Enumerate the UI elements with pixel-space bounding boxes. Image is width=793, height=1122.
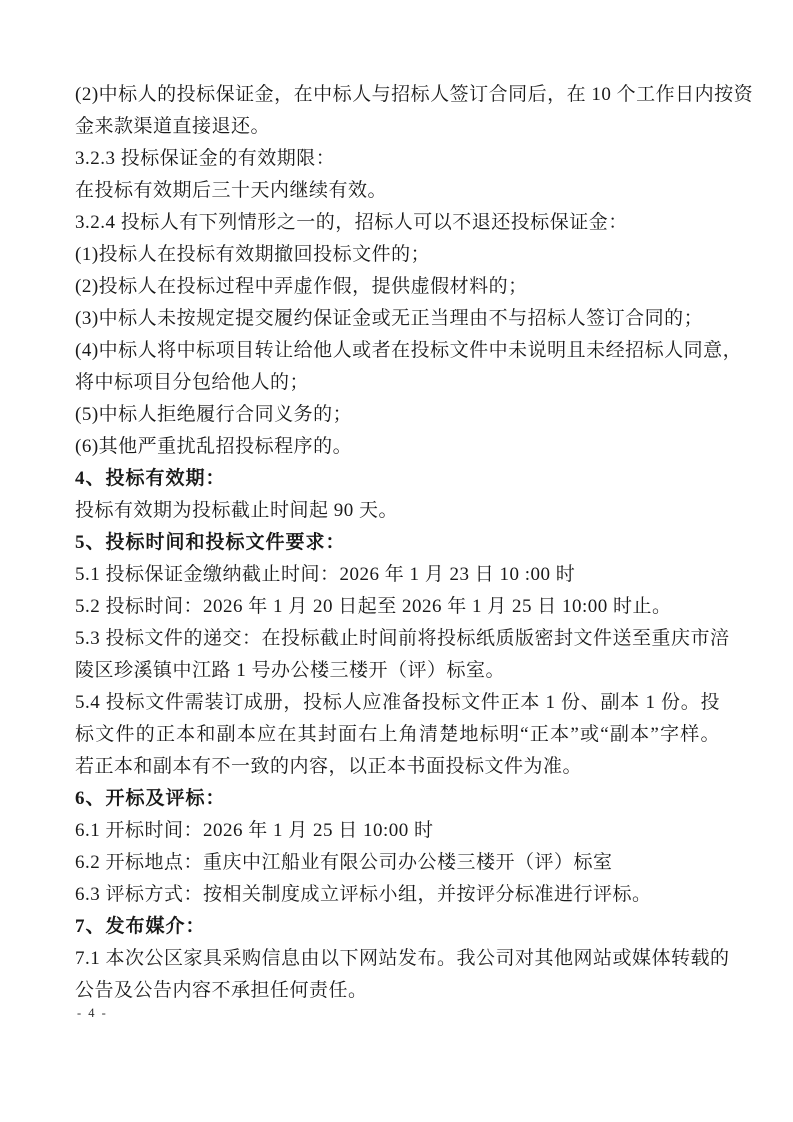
doc-line: (3)中标人未按规定提交履约保证金或无正当理由不与招标人签订合同的； xyxy=(75,303,720,335)
document-body: (2)中标人的投标保证金，在中标人与招标人签订合同后，在 10 个工作日内按资 … xyxy=(75,79,720,1007)
doc-line: 将中标项目分包给他人的； xyxy=(75,367,720,399)
doc-line: (2)中标人的投标保证金，在中标人与招标人签订合同后，在 10 个工作日内按资 xyxy=(75,79,720,111)
doc-line: 公告及公告内容不承担任何责任。 xyxy=(75,975,720,1007)
doc-line: (5)中标人拒绝履行合同义务的； xyxy=(75,399,720,431)
section-heading-bid-time-requirements: 5、投标时间和投标文件要求： xyxy=(75,527,720,559)
clause-5-4: 5.4 投标文件需装订成册，投标人应准备投标文件正本 1 份、副本 1 份。投 xyxy=(75,687,720,719)
doc-line: 若正本和副本有不一致的内容，以正本书面投标文件为准。 xyxy=(75,751,720,783)
clause-7-1: 7.1 本次公区家具采购信息由以下网站发布。我公司对其他网站或媒体转载的 xyxy=(75,943,720,975)
section-heading-bid-opening-evaluation: 6、开标及评标： xyxy=(75,783,720,815)
document-page: (2)中标人的投标保证金，在中标人与招标人签订合同后，在 10 个工作日内按资 … xyxy=(0,0,793,1122)
clause-3-2-4: 3.2.4 投标人有下列情形之一的，招标人可以不退还投标保证金： xyxy=(75,207,720,239)
clause-3-2-3: 3.2.3 投标保证金的有效期限： xyxy=(75,143,720,175)
page-number: - 4 - xyxy=(77,1004,108,1022)
clause-6-3: 6.3 评标方式：按相关制度成立评标小组，并按评分标准进行评标。 xyxy=(75,879,720,911)
clause-6-1: 6.1 开标时间：2026 年 1 月 25 日 10:00 时 xyxy=(75,815,720,847)
doc-line: 金来款渠道直接退还。 xyxy=(75,111,720,143)
doc-line: (1)投标人在投标有效期撤回投标文件的； xyxy=(75,239,720,271)
section-heading-publication-media: 7、发布媒介： xyxy=(75,911,720,943)
doc-line: (6)其他严重扰乱招投标程序的。 xyxy=(75,431,720,463)
doc-line: (4)中标人将中标项目转让给他人或者在投标文件中未说明且未经招标人同意， xyxy=(75,335,720,367)
section-heading-bid-validity: 4、投标有效期： xyxy=(75,463,720,495)
clause-5-1: 5.1 投标保证金缴纳截止时间：2026 年 1 月 23 日 10 :00 时 xyxy=(75,559,720,591)
doc-line: 陵区珍溪镇中江路 1 号办公楼三楼开（评）标室。 xyxy=(75,655,720,687)
doc-line: (2)投标人在投标过程中弄虚作假，提供虚假材料的； xyxy=(75,271,720,303)
doc-line: 投标有效期为投标截止时间起 90 天。 xyxy=(75,495,720,527)
clause-5-2: 5.2 投标时间：2026 年 1 月 20 日起至 2026 年 1 月 25… xyxy=(75,591,720,623)
doc-line: 在投标有效期后三十天内继续有效。 xyxy=(75,175,720,207)
clause-5-3: 5.3 投标文件的递交：在投标截止时间前将投标纸质版密封文件送至重庆市涪 xyxy=(75,623,720,655)
doc-line: 标文件的正本和副本应在其封面右上角清楚地标明“正本”或“副本”字样。 xyxy=(75,719,720,751)
clause-6-2: 6.2 开标地点：重庆中江船业有限公司办公楼三楼开（评）标室 xyxy=(75,847,720,879)
